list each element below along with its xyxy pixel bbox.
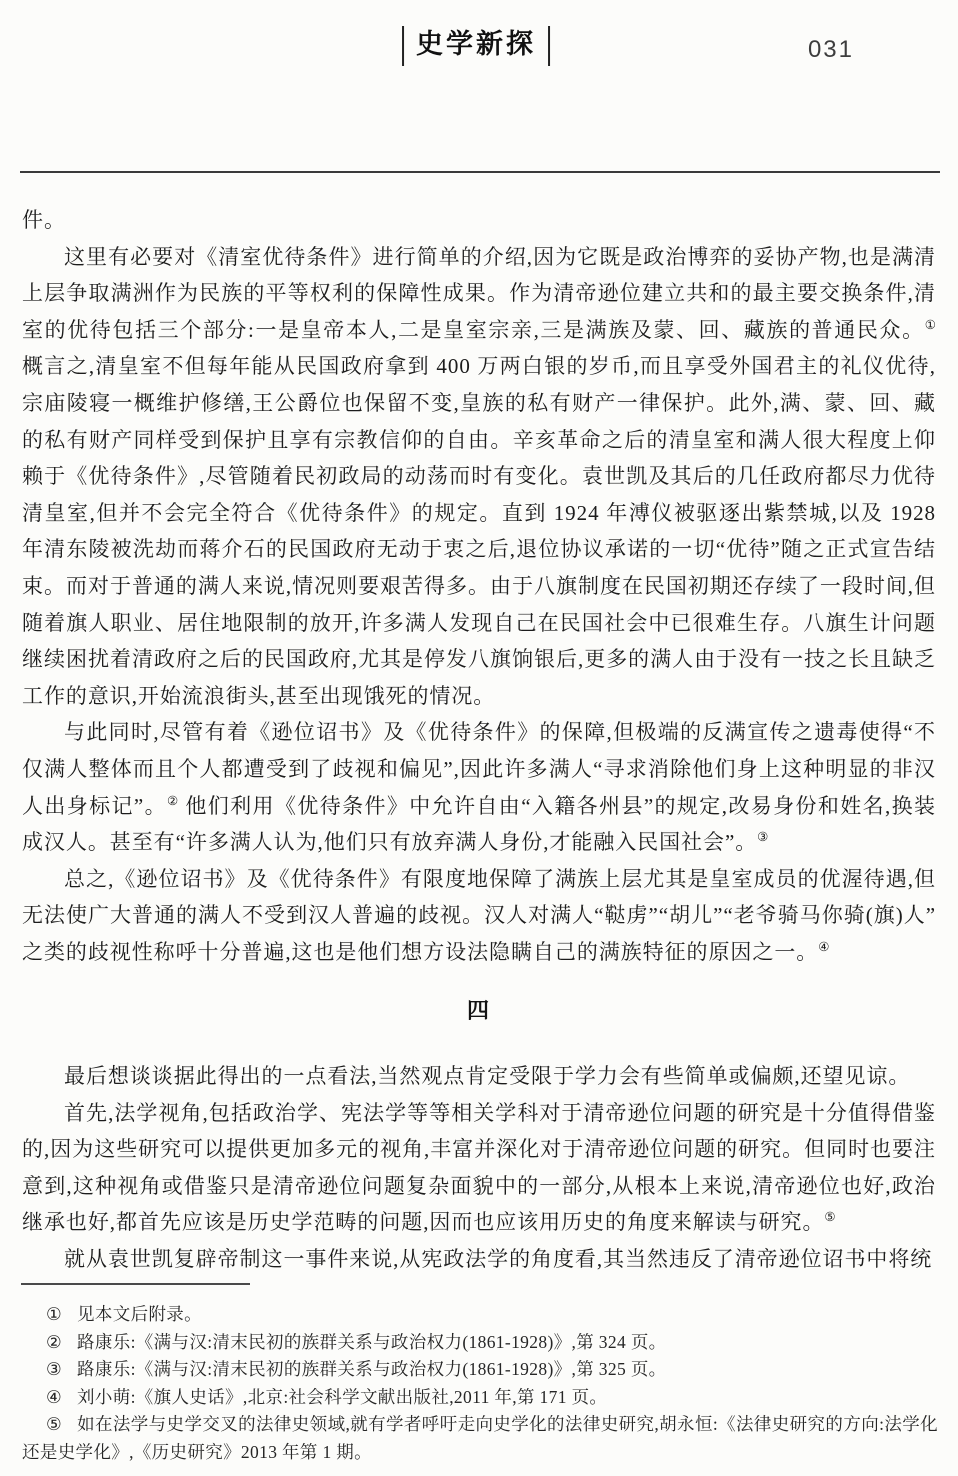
footnote-ref: ④ (818, 940, 829, 954)
page-header: 史学新探 031 (0, 26, 958, 76)
footnote-ref: ③ (757, 830, 768, 844)
article-body: 件。这里有必要对《清室优待条件》进行简单的介绍,因为它既是政治博弈的妥协产物,也… (22, 202, 936, 1278)
journal-page: 史学新探 031 件。这里有必要对《清室优待条件》进行简单的介绍,因为它既是政治… (0, 0, 958, 1476)
footnote-marker: ① (46, 1304, 62, 1324)
body-paragraph: 件。 (22, 202, 936, 239)
footnotes: ①见本文后附录。②路康乐:《满与汉:清末民初的族群关系与政治权力(1861-19… (22, 1301, 938, 1467)
footnote-marker: ④ (46, 1387, 62, 1407)
body-paragraph: 首先,法学视角,包括政治学、宪法学等等相关学科对于清帝逊位问题的研究是十分值得借… (22, 1095, 936, 1241)
footnote-separator (21, 1283, 250, 1285)
body-paragraph: 总之,《逊位诏书》及《优待条件》有限度地保障了满族上层尤其是皇室成员的优渥待遇,… (22, 861, 936, 971)
body-paragraph: 就从袁世凯复辟帝制这一事件来说,从宪政法学的角度看,其当然违反了清帝逊位诏书中将… (22, 1241, 936, 1278)
footnote-ref: ② (167, 794, 179, 808)
footnote-item: ④刘小萌:《旗人史话》,北京:社会科学文献出版社,2011 年,第 171 页。 (22, 1384, 938, 1412)
footnote-ref: ⑤ (824, 1210, 835, 1224)
footnote-marker: ⑤ (46, 1414, 62, 1434)
section-heading: 四 (22, 993, 936, 1030)
footnote-item: ③路康乐:《满与汉:清末民初的族群关系与政治权力(1861-1928)》,第 3… (22, 1356, 938, 1384)
footnote-item: ②路康乐:《满与汉:清末民初的族群关系与政治权力(1861-1928)》,第 3… (22, 1329, 938, 1357)
body-paragraph: 这里有必要对《清室优待条件》进行简单的介绍,因为它既是政治博弈的妥协产物,也是满… (22, 239, 936, 715)
body-paragraph: 最后想谈谈据此得出的一点看法,当然观点肯定受限于学力会有些简单或偏颇,还望见谅。 (22, 1058, 936, 1095)
footnote-item: ⑤如在法学与史学交叉的法律史领域,就有学者呼吁走向史学化的法律史研究,胡永恒:《… (22, 1411, 938, 1466)
header-rule (20, 171, 940, 173)
footnote-ref: ① (925, 318, 936, 332)
body-section: 件。这里有必要对《清室优待条件》进行简单的介绍,因为它既是政治博弈的妥协产物,也… (22, 202, 936, 970)
footnote-item: ①见本文后附录。 (22, 1301, 938, 1329)
footnote-marker: ③ (46, 1359, 62, 1379)
footnote-marker: ② (46, 1332, 62, 1352)
body-paragraph: 与此同时,尽管有着《逊位诏书》及《优待条件》的保障,但极端的反满宣传之遗毒使得“… (22, 714, 936, 860)
column-title: 史学新探 (402, 26, 550, 66)
body-section: 最后想谈谈据此得出的一点看法,当然观点肯定受限于学力会有些简单或偏颇,还望见谅。… (22, 1058, 936, 1278)
page-number: 031 (808, 36, 854, 64)
